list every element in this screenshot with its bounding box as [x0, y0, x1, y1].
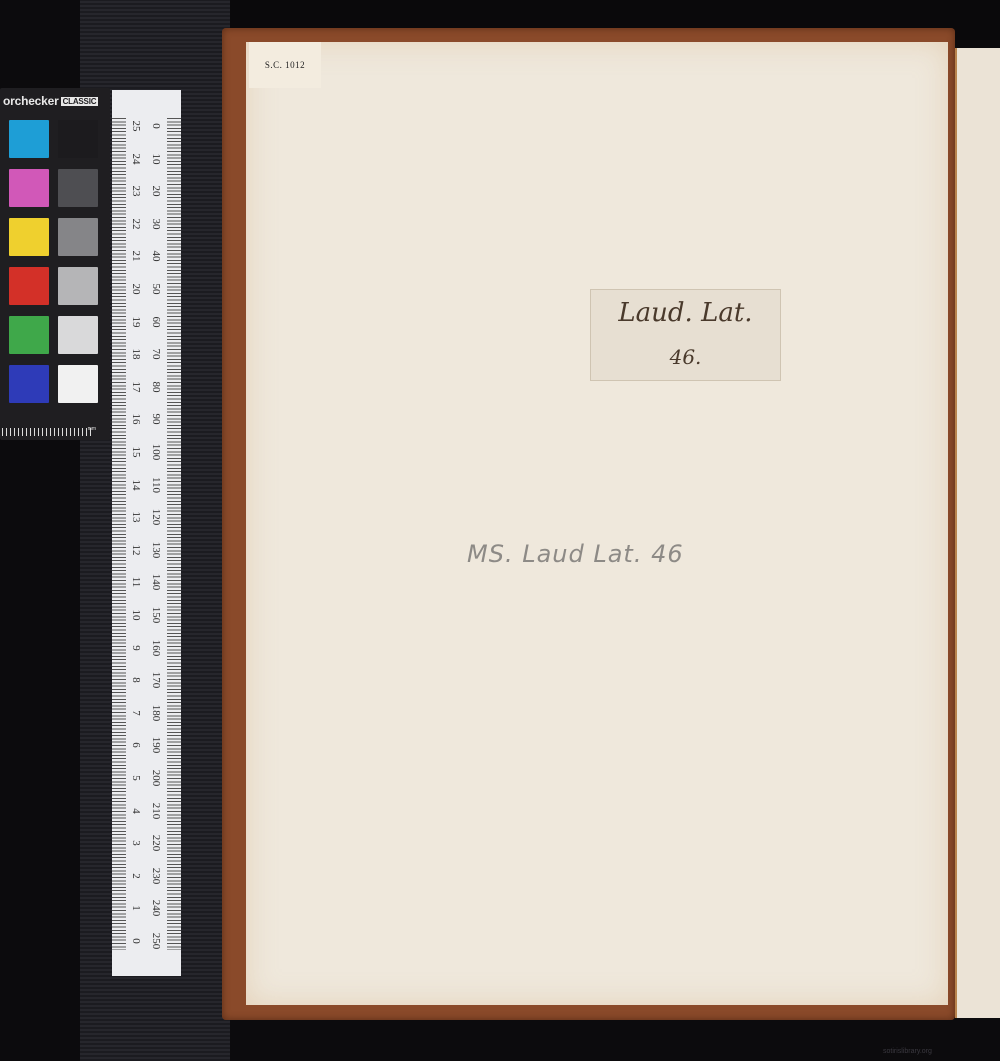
summary-catalogue-label: S.C. 1012: [249, 42, 321, 88]
shelfmark-line1: Laud. Lat.: [591, 298, 780, 328]
ruler-inch-label: 20: [130, 277, 142, 301]
ruler-mm-label: 110: [150, 473, 162, 497]
swatch-cyan: [9, 120, 49, 158]
flyleaf-edge: [955, 48, 1000, 1018]
ruler-inch-label: 14: [130, 473, 142, 497]
shelfmark-label: Laud. Lat. 46.: [590, 289, 781, 381]
ruler-mm-label: 200: [150, 766, 162, 790]
shelfmark-line2: 46.: [591, 345, 780, 369]
ruler-mm-label: 250: [150, 929, 162, 953]
ruler-inch-label: 17: [130, 375, 142, 399]
pencil-shelfmark-note: MS. Laud Lat. 46: [467, 540, 684, 568]
ruler-ticks-mm: [167, 118, 181, 950]
checker-unit: mm: [88, 426, 96, 432]
ruler-inch-label: 18: [130, 342, 142, 366]
ruler-inch-label: 2: [130, 864, 142, 888]
checker-badge: CLASSIC: [61, 97, 99, 106]
ruler-inch-label: 5: [130, 766, 142, 790]
ruler-inch-label: 7: [130, 701, 142, 725]
color-checker-card: orcheckerCLASSIC mm: [0, 88, 110, 440]
swatch-blue: [9, 365, 49, 403]
swatch-green: [9, 316, 49, 354]
ruler-mm-label: 170: [150, 668, 162, 692]
ruler-mm-label: 180: [150, 701, 162, 725]
ruler-mm-label: 100: [150, 440, 162, 464]
swatch-red: [9, 267, 49, 305]
ruler-inch-label: 0: [130, 929, 142, 953]
ruler-mm-label: 70: [150, 342, 162, 366]
ruler-inch-label: 19: [130, 310, 142, 334]
ruler-ticks-inch: [112, 118, 126, 950]
ruler-mm-label: 40: [150, 244, 162, 268]
ruler-inch-label: 23: [130, 179, 142, 203]
ruler-inch-label: 6: [130, 733, 142, 757]
swatch-yellow: [9, 218, 49, 256]
ruler-inch-label: 25: [130, 114, 142, 138]
ruler-mm-label: 10: [150, 147, 162, 171]
swatch-dark-gray: [58, 169, 98, 207]
ruler-mm-label: 220: [150, 831, 162, 855]
ruler-mm-label: 90: [150, 407, 162, 431]
ruler-mm-label: 240: [150, 896, 162, 920]
watermark: sotirislibrary.org: [883, 1048, 932, 1055]
ruler-mm-label: 20: [150, 179, 162, 203]
ruler-inch-label: 13: [130, 505, 142, 529]
ruler-inch-label: 4: [130, 799, 142, 823]
ruler-inch-label: 22: [130, 212, 142, 236]
ruler-inch-label: 11: [130, 570, 142, 594]
ruler-inch-label: 16: [130, 407, 142, 431]
ruler-mm-label: 60: [150, 310, 162, 334]
checker-brand: orcheckerCLASSIC: [3, 94, 98, 108]
ruler-inch-label: 21: [130, 244, 142, 268]
ruler-inch-label: 12: [130, 538, 142, 562]
swatch-white: [58, 365, 98, 403]
ruler-inch-label: 3: [130, 831, 142, 855]
swatch-mid-gray: [58, 218, 98, 256]
sc-number: S.C. 1012: [265, 60, 305, 70]
ruler-mm-label: 150: [150, 603, 162, 627]
ruler-mm-label: 190: [150, 733, 162, 757]
ruler-mm-label: 140: [150, 570, 162, 594]
ruler-inch-label: 10: [130, 603, 142, 627]
swatch-light-gray: [58, 267, 98, 305]
ruler-inch-label: 24: [130, 147, 142, 171]
measuring-ruler: 2524232221201918171615141312111098765432…: [112, 90, 181, 976]
ruler-mm-label: 50: [150, 277, 162, 301]
ruler-inch-label: 15: [130, 440, 142, 464]
ruler-inch-label: 9: [130, 636, 142, 660]
ruler-mm-label: 80: [150, 375, 162, 399]
ruler-inch-label: 1: [130, 896, 142, 920]
pastedown-page: [246, 42, 948, 1005]
ruler-mm-label: 210: [150, 799, 162, 823]
ruler-mm-label: 160: [150, 636, 162, 660]
swatch-black: [58, 120, 98, 158]
swatch-lighter-gray: [58, 316, 98, 354]
ruler-mm-label: 120: [150, 505, 162, 529]
ruler-mm-label: 0: [150, 114, 162, 138]
ruler-mm-label: 30: [150, 212, 162, 236]
ruler-mm-label: 130: [150, 538, 162, 562]
checker-scale: [2, 428, 92, 436]
swatch-magenta: [9, 169, 49, 207]
ruler-mm-label: 230: [150, 864, 162, 888]
ruler-inch-label: 8: [130, 668, 142, 692]
